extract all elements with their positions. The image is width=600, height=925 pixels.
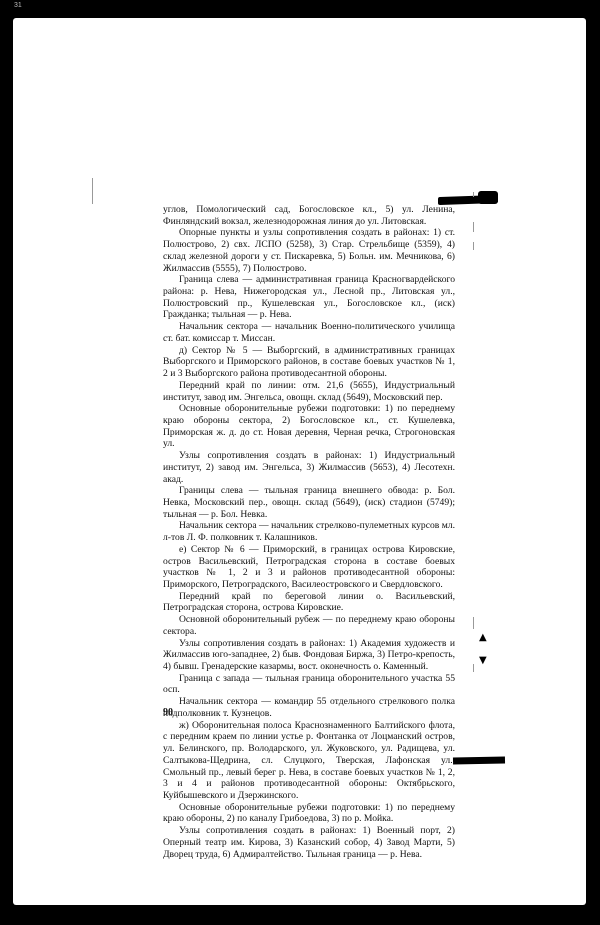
paragraph: Начальник сектора — начальник стрелково-… xyxy=(163,520,455,543)
page-number: 90 xyxy=(163,707,173,718)
margin-tick xyxy=(473,192,474,197)
paragraph: Узлы сопротивления создать в районах: 1)… xyxy=(163,638,455,673)
margin-tick xyxy=(473,664,474,672)
paragraph: Основные оборонительные рубежи подготовк… xyxy=(163,802,455,825)
paragraph: Начальник сектора — начальник Военно-пол… xyxy=(163,321,455,344)
paragraph: Граница слева — административная граница… xyxy=(163,274,455,321)
margin-tick xyxy=(473,222,474,232)
paragraph: Опорные пункты и узлы сопротивления созд… xyxy=(163,227,455,274)
paragraph: е) Сектор № 6 — Приморский, в границах о… xyxy=(163,544,455,591)
paragraph: Граница с запада — тыльная граница оборо… xyxy=(163,673,455,696)
paragraph: Передний край по линии: отм. 21,6 (5655)… xyxy=(163,380,455,403)
paragraph: Передний край по береговой линии о. Васи… xyxy=(163,591,455,614)
margin-tick xyxy=(473,242,474,250)
paragraph: Границы слева — тыльная граница внешнего… xyxy=(163,485,455,520)
paragraph: Узлы сопротивления создать в районах: 1)… xyxy=(163,825,455,860)
paragraph: ж) Оборонительная полоса Краснознаменног… xyxy=(163,720,455,802)
paragraph: Основной оборонительный рубеж — по перед… xyxy=(163,614,455,637)
margin-tick xyxy=(92,178,93,204)
ink-blot-mark xyxy=(478,191,498,204)
paragraph: Начальник сектора — командир 55 отдельно… xyxy=(163,696,455,719)
paragraph: Узлы сопротивления создать в районах: 1)… xyxy=(163,450,455,485)
margin-tick xyxy=(473,617,474,629)
paragraph: углов, Помологический сад, Богословское … xyxy=(163,204,455,227)
ink-bar-mark xyxy=(453,757,505,765)
paragraph: Основные оборонительные рубежи подготовк… xyxy=(163,403,455,450)
paragraph: д) Сектор № 5 — Выборгский, в администра… xyxy=(163,345,455,380)
scan-frame-label: 31 xyxy=(14,2,22,9)
document-body: углов, Помологический сад, Богословское … xyxy=(163,204,455,860)
arrow-down-icon: ▼ xyxy=(479,656,487,666)
arrow-up-icon: ▲ xyxy=(479,633,487,643)
